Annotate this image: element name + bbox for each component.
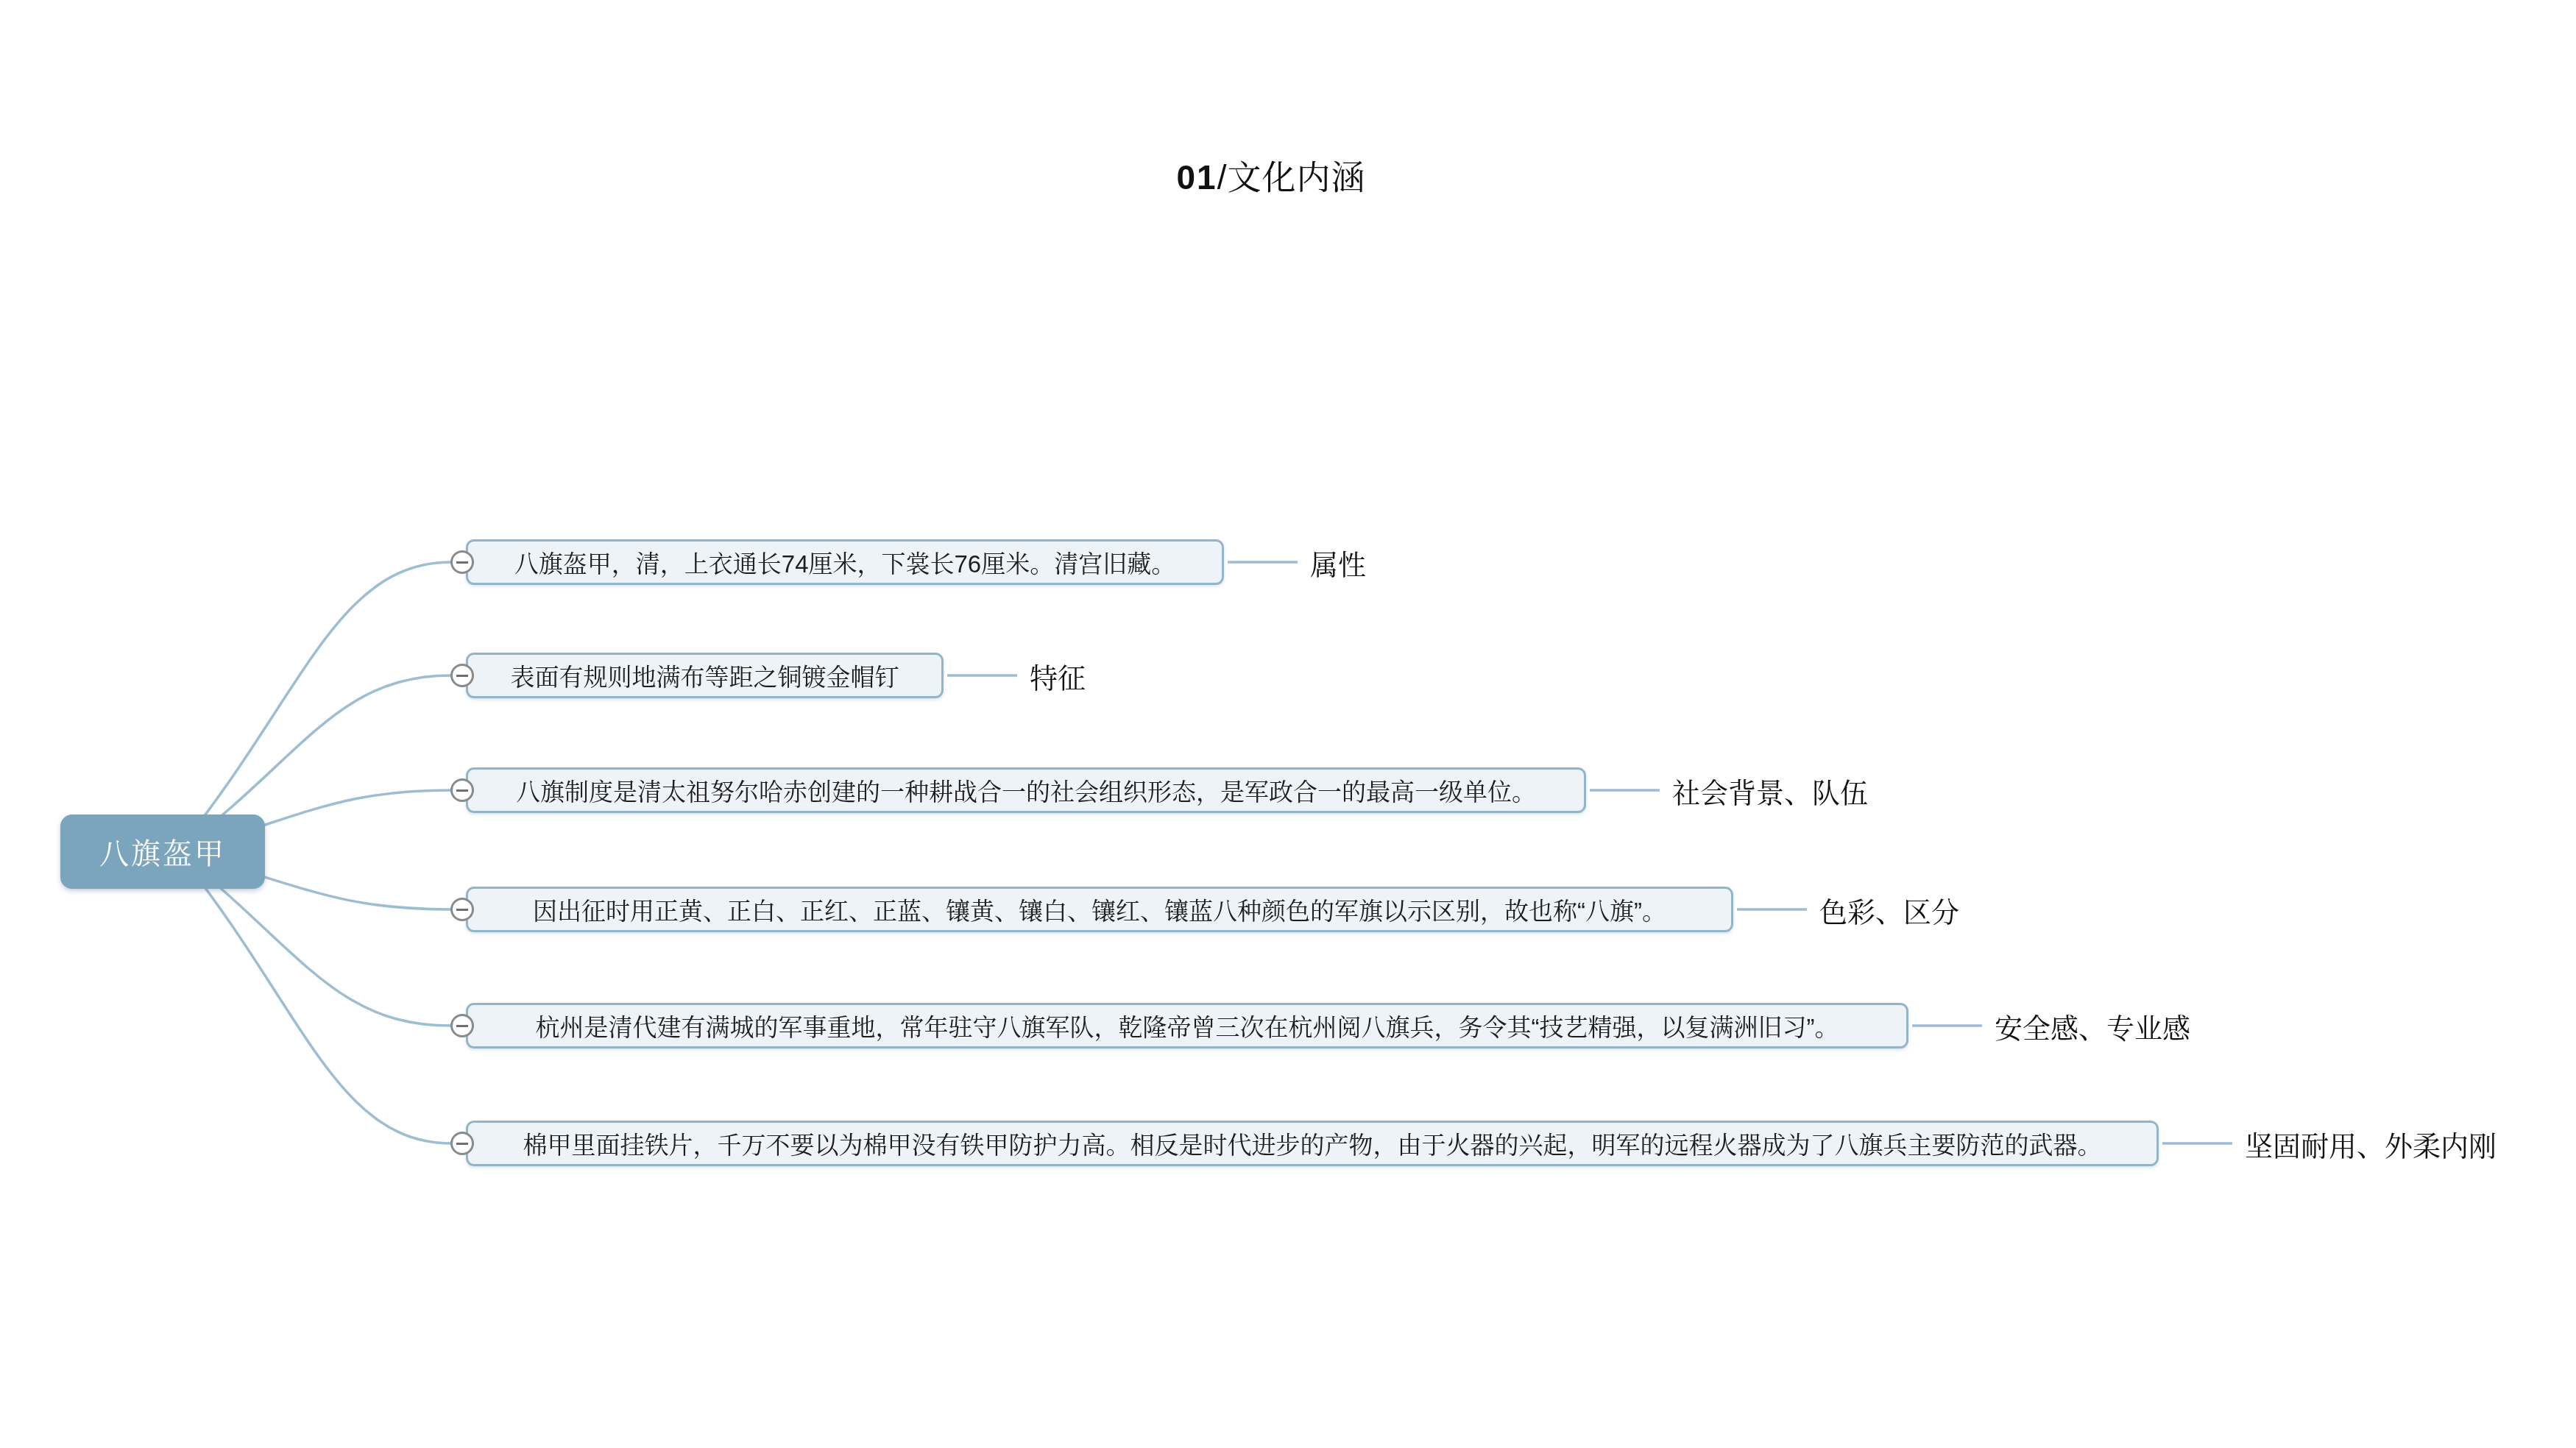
topic-text: 表面有规则地满布等距之铜镀金帽钉 bbox=[511, 659, 899, 693]
topic-text: 因出征时用正黄、正白、正红、正蓝、镶黄、镶白、镶红、镶蓝八种颜色的军旗以示区别，… bbox=[533, 892, 1666, 927]
branch-label[interactable]: 色彩、区分 bbox=[1819, 890, 1959, 930]
collapse-minus-icon[interactable] bbox=[450, 550, 474, 574]
connector-layer bbox=[0, 0, 2576, 1448]
root-topic[interactable]: 八旗盔甲 bbox=[60, 814, 265, 889]
branch-label[interactable]: 特征 bbox=[1030, 656, 1086, 696]
minus-glyph bbox=[456, 561, 468, 564]
branch-label[interactable]: 属性 bbox=[1310, 542, 1366, 583]
topic-text: 八旗制度是清太祖努尔哈赤创建的一种耕战合一的社会组织形态，是军政合一的最高一级单… bbox=[516, 773, 1536, 808]
collapse-minus-icon[interactable] bbox=[450, 898, 474, 921]
topic-box[interactable]: 八旗盔甲，清，上衣通长74厘米，下裳长76厘米。清宫旧藏。 bbox=[466, 539, 1224, 585]
branch-curve bbox=[177, 851, 451, 1143]
topic-text: 棉甲里面挂铁片，千万不要以为棉甲没有铁甲防护力高。相反是时代进步的产物，由于火器… bbox=[523, 1126, 2102, 1161]
minus-glyph bbox=[456, 789, 468, 792]
collapse-minus-icon[interactable] bbox=[450, 664, 474, 687]
topic-box[interactable]: 棉甲里面挂铁片，千万不要以为棉甲没有铁甲防护力高。相反是时代进步的产物，由于火器… bbox=[466, 1121, 2159, 1166]
minus-glyph bbox=[456, 909, 468, 911]
mindmap-canvas: 01/文化内涵 八旗盔甲 八旗盔甲，清，上衣通长74厘米，下裳长76厘米。清宫旧… bbox=[0, 0, 2576, 1448]
topic-box[interactable]: 表面有规则地满布等距之铜镀金帽钉 bbox=[466, 653, 944, 698]
collapse-minus-icon[interactable] bbox=[450, 1014, 474, 1037]
collapse-minus-icon[interactable] bbox=[450, 1132, 474, 1155]
minus-glyph bbox=[456, 1025, 468, 1027]
topic-box[interactable]: 杭州是清代建有满城的军事重地，常年驻守八旗军队，乾隆帝曾三次在杭州阅八旗兵，务令… bbox=[466, 1003, 1908, 1048]
branch-label[interactable]: 安全感、专业感 bbox=[1995, 1006, 2190, 1046]
root-topic-label: 八旗盔甲 bbox=[99, 831, 226, 873]
topic-text: 八旗盔甲，清，上衣通长74厘米，下裳长76厘米。清宫旧藏。 bbox=[514, 545, 1175, 580]
topic-box[interactable]: 八旗制度是清太祖努尔哈赤创建的一种耕战合一的社会组织形态，是军政合一的最高一级单… bbox=[466, 767, 1586, 813]
minus-glyph bbox=[456, 675, 468, 677]
branch-label[interactable]: 坚固耐用、外柔内刚 bbox=[2245, 1124, 2497, 1164]
collapse-minus-icon[interactable] bbox=[450, 778, 474, 802]
branch-curve bbox=[177, 562, 451, 851]
minus-glyph bbox=[456, 1143, 468, 1145]
topic-text: 杭州是清代建有满城的军事重地，常年驻守八旗军队，乾隆帝曾三次在杭州阅八旗兵，务令… bbox=[536, 1009, 1839, 1043]
topic-box[interactable]: 因出征时用正黄、正白、正红、正蓝、镶黄、镶白、镶红、镶蓝八种颜色的军旗以示区别，… bbox=[466, 887, 1733, 932]
branch-label[interactable]: 社会背景、队伍 bbox=[1672, 770, 1868, 811]
